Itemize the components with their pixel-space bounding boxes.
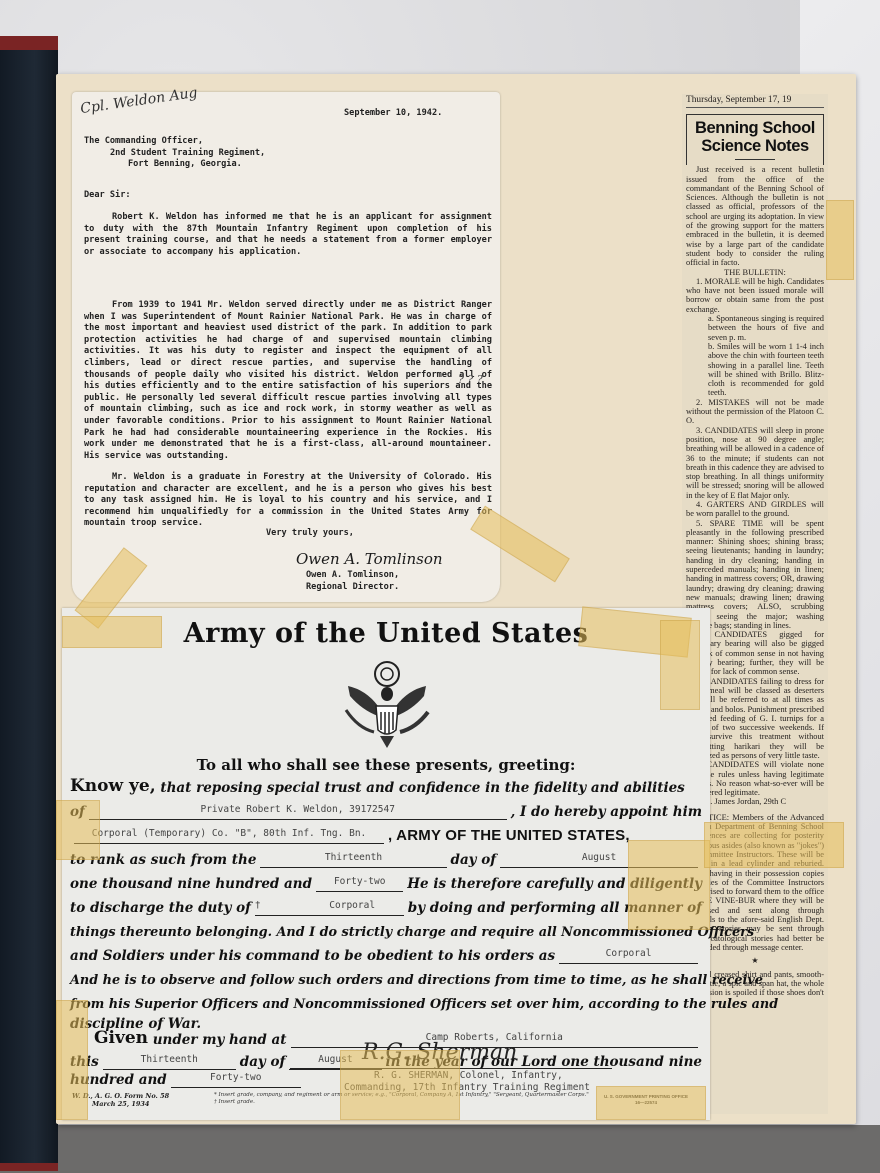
clipping-dateline: Thursday, September 17, 19 [686,96,824,108]
clipping-headline-box: Benning School Science Notes [686,114,824,165]
tape-strip [56,800,100,860]
clipping-item: 4. GARTERS AND GIRDLES will be worn para… [686,500,824,519]
certificate-line-duty: to discharge the duty of † Corporal by d… [70,896,702,916]
letter-signature: Owen A. Tomlinson [296,554,443,566]
letter-paragraph-1: Robert K. Weldon has informed me that he… [84,212,492,258]
clipping-subitem: a. Spontaneous singing is required betwe… [686,314,824,342]
warrant-certificate: Army of the United States To all who sha… [62,608,710,1120]
certificate-line-grade: Corporal (Temporary) Co. "B", 80th Inf. … [70,824,702,844]
certificate-line-observe: And he is to observe and follow such ord… [70,968,702,988]
great-seal-eagle-icon [340,658,434,750]
grade-field: Corporal (Temporary) Co. "B", 80th Inf. … [74,828,384,844]
tape-strip [704,822,844,868]
certificate-line-year: one thousand nine hundred and Forty-two … [70,872,702,892]
tape-strip [660,620,700,710]
duty-field: † Corporal [255,900,404,916]
clipping-headline-line-1: Benning School [689,119,821,137]
background-surface [0,1125,880,1173]
certificate-line-appointee: of Private Robert K. Weldon, 39172547 , … [70,800,702,820]
clipping-bulletin-title: THE BULLETIN: [686,268,824,277]
clipping-headline-line-2: Science Notes [689,137,821,155]
letter-salutation: Dear Sir: [84,190,131,202]
margin-note: ? ? ? [458,374,483,386]
divider [735,159,775,160]
certificate-greeting: To all who shall see these presents, gre… [62,756,710,774]
letter-addressee: The Commanding Officer, 2nd Student Trai… [84,136,265,171]
tape-strip [628,840,710,930]
letter-closing: Very truly yours, [266,528,354,540]
orders-field: Corporal [559,948,698,964]
rank-day-field: Thirteenth [260,852,446,868]
letter-paragraph-3: Mr. Weldon is a graduate in Forestry at … [84,472,492,530]
tape-strip [826,200,854,280]
clipping-intro: Just received is a recent bulletin issue… [686,165,824,267]
certificate-line-superior: from his Superior Officers and Noncommis… [70,992,702,1012]
recommendation-letter: Cpl. Weldon Aug September 10, 1942. The … [72,92,500,602]
appointee-field: Private Robert K. Weldon, 39172547 [89,804,507,820]
certificate-line-things: things thereunto belonging. And I do str… [70,920,702,940]
letter-date: September 10, 1942. [344,108,442,120]
certificate-line-know-ye: Know ye, that reposing special trust and… [70,776,702,796]
tape-strip [62,616,162,648]
certificate-line-soldiers: and Soldiers under his command to be obe… [70,944,702,964]
certificate-line-rank-date: to rank as such from the Thirteenth day … [70,848,702,868]
tape-strip [340,1050,460,1120]
clipping-item: 1. MORALE will be high. Candidates who h… [686,277,824,314]
rank-year-field: Forty-two [316,876,403,892]
tape-strip [596,1086,706,1120]
handwritten-annotation: Cpl. Weldon Aug [80,88,198,116]
letter-signer: Owen A. Tomlinson, Regional Director. [306,570,399,593]
letter-paragraph-2: From 1939 to 1941 Mr. Weldon served dire… [84,300,492,462]
clipping-subitem: b. Smiles will be worn 1 1-4 inch above … [686,342,824,398]
scrapbook-binder-spine [0,36,58,1171]
tape-strip [56,1000,88,1120]
clipping-item: 3. CANDIDATES will sleep in prone positi… [686,426,824,500]
clipping-item: 2. MISTAKES will not be made without the… [686,398,824,426]
given-year-field: Forty-two [171,1072,301,1088]
